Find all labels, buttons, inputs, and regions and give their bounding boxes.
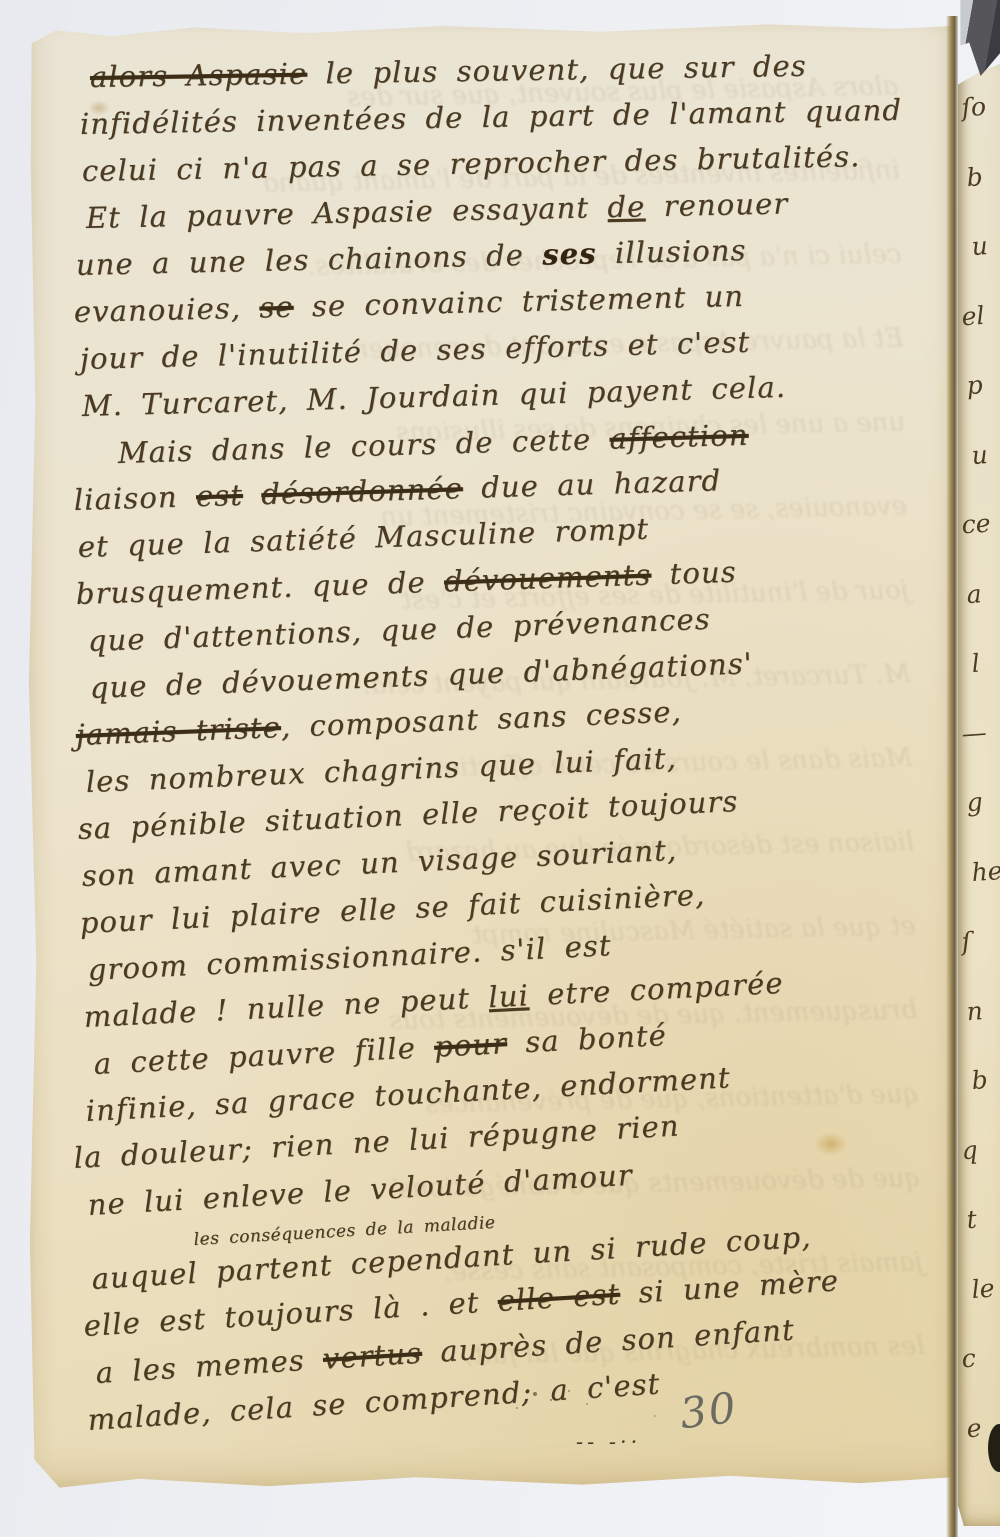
handwriting-fragment: ce xyxy=(961,508,1000,580)
text-segment: evanouies, xyxy=(73,291,259,329)
handwriting-fragment: l xyxy=(971,647,1000,718)
manuscript-page: alors Aspasie le plus souvent, que sur d… xyxy=(28,20,952,1492)
text-segment: sa bonté xyxy=(506,1018,668,1060)
manuscript-lines: alors Aspasie le plus souvent, que sur d… xyxy=(28,20,952,1444)
struck-text: pour xyxy=(433,1026,508,1064)
text-segment: illusions xyxy=(596,233,747,270)
handwriting-fragment: n xyxy=(966,994,1000,1066)
struck-text: affection xyxy=(609,418,749,456)
handwriting-fragment: le xyxy=(971,1273,1000,1344)
text-segment: une a une les chainons de xyxy=(76,238,543,282)
text-segment xyxy=(242,477,261,512)
handwriting-fragment: b xyxy=(971,1064,1000,1135)
text-segment: se convainc tristement un xyxy=(293,279,744,324)
text-segment: renouer xyxy=(645,186,789,223)
ink-specks xyxy=(533,1392,537,1396)
text-segment: brusquement. que de xyxy=(75,565,444,611)
handwriting-fragment: ſ xyxy=(961,925,1000,997)
struck-text: désordonnée xyxy=(261,471,464,511)
text-segment: liaison xyxy=(73,479,196,517)
struck-text: dévouements xyxy=(443,558,651,599)
overwritten-text: ses xyxy=(542,236,597,271)
struck-text: est xyxy=(195,478,243,513)
text-segment: le plus souvent, que sur des xyxy=(307,49,807,91)
text-segment: a les memes xyxy=(95,1342,324,1390)
handwriting-fragment: a xyxy=(966,577,1000,649)
handwriting-fragment: he xyxy=(971,856,1000,927)
adjacent-page-fragments: ſobuelpuceal—gheſnbqtlece xyxy=(963,92,1000,1482)
handwriting-fragment: u xyxy=(971,439,1000,510)
page-gap-shadow xyxy=(946,16,958,1537)
handwriting-fragment: t xyxy=(966,1203,1000,1275)
handwriting-fragment: g xyxy=(966,786,1000,858)
struck-text: elle est xyxy=(497,1277,621,1318)
handwriting-fragment: q xyxy=(961,1133,1000,1205)
paper-stain xyxy=(88,100,110,116)
struck-text: se xyxy=(259,290,294,325)
footer-dash-marks: -- -·· xyxy=(576,1430,641,1454)
text-segment: due au hazard xyxy=(462,463,721,505)
underlined-text: de xyxy=(607,189,646,224)
handwriting-fragment: p xyxy=(966,369,1000,441)
page-number-pencil: 30 xyxy=(677,1383,740,1439)
text-segment: tous xyxy=(651,555,738,592)
underlined-text: lui xyxy=(488,978,530,1014)
struck-text: vertus xyxy=(322,1336,423,1376)
struck-text: alors Aspasie xyxy=(90,57,308,94)
paper-stain xyxy=(814,1132,848,1156)
struck-text: jamais triste xyxy=(75,710,281,752)
text-segment: Et la pauvre Aspasie essayant xyxy=(86,190,608,235)
handwriting-fragment: u xyxy=(971,230,1000,301)
handwriting-fragment: el xyxy=(961,299,1000,371)
photo-background: { "colors":{ "ink":"#4a3a22", "ink_dark"… xyxy=(0,0,1000,1537)
text-segment: etre comparée xyxy=(528,966,784,1012)
text-segment: si une mère xyxy=(619,1263,840,1310)
handwriting-fragment: — xyxy=(961,716,1000,788)
handwriting-fragment: b xyxy=(966,160,1000,232)
handwriting-fragment: c xyxy=(961,1342,1000,1414)
adjacent-page-edge: ſobuelpuceal—gheſnbqtlece xyxy=(958,0,1000,1537)
page-footer: -- -·· 30 xyxy=(28,1396,952,1470)
handwriting-fragment: ſo xyxy=(961,91,1000,163)
